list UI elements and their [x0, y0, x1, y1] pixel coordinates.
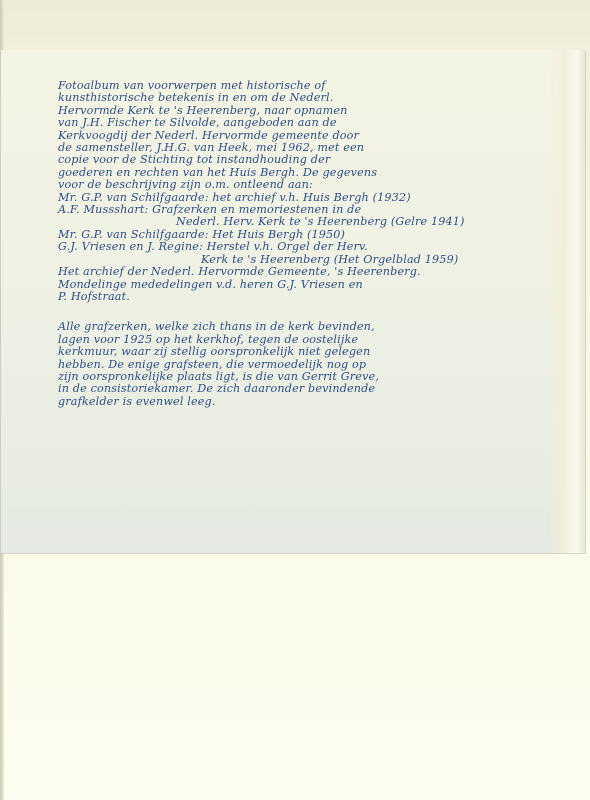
text-line: Alle grafzerken, welke zich thans in de …	[58, 321, 583, 333]
text-line: kerkmuur, waar zij stellig oorspronkelij…	[58, 346, 583, 358]
handwritten-text: Fotoalbum van voorwerpen met historische…	[58, 80, 583, 408]
text-line: in de consistoriekamer. De zich daaronde…	[58, 383, 583, 395]
text-line: van J.H. Fischer te Silvolde, aangeboden…	[58, 117, 583, 129]
text-line: grafkelder is evenwel leeg.	[58, 396, 583, 408]
paragraph-gravestones: Alle grafzerken, welke zich thans in de …	[58, 321, 583, 408]
text-line: kunsthistorische betekenis in en om de N…	[58, 92, 583, 104]
source-line: G.J. Vriesen en J. Regine: Herstel v.h. …	[58, 241, 583, 253]
source-line: Het archief der Nederl. Hervormde Gemeen…	[58, 266, 583, 278]
source-line: P. Hofstraat.	[58, 291, 583, 303]
album-page: Fotoalbum van voorwerpen met historische…	[0, 0, 590, 800]
source-line-continuation: Nederl. Herv. Kerk te 's Heerenberg (Gel…	[58, 216, 583, 228]
paragraph-gap	[58, 303, 583, 321]
text-line: copie voor de Stichting tot instandhoudi…	[58, 154, 583, 166]
source-line: Mondelinge mededelingen v.d. heren G.J. …	[58, 279, 583, 291]
text-line: voor de beschrijving zijn o.m. ontleend …	[58, 179, 583, 191]
paragraph-sources: Fotoalbum van voorwerpen met historische…	[58, 80, 583, 303]
